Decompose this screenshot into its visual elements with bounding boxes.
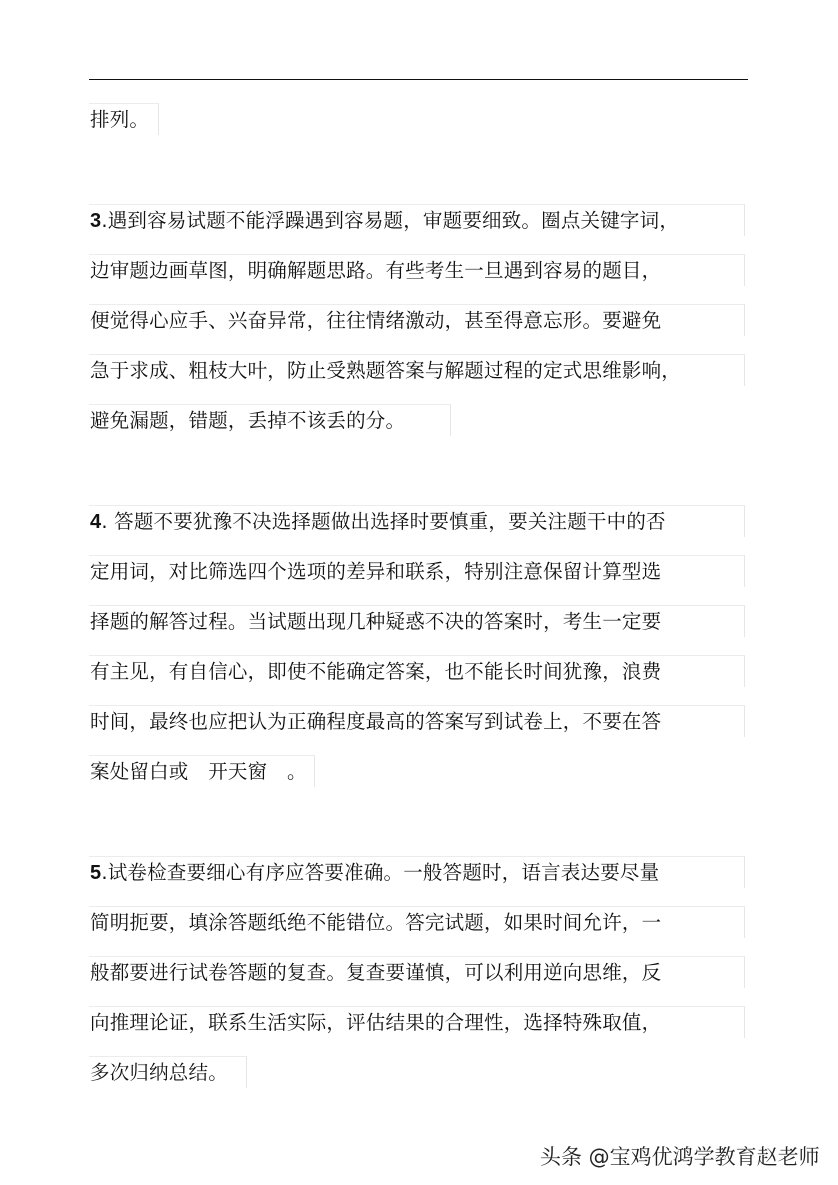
text-line: 多次归纳总结。 [89,1056,247,1088]
line-text: 避免漏题，错题，丢掉不该丢的分。 [90,409,405,432]
line-text: 边审题边画草图，明确解题思路。有些考生一旦遇到容易的题目， [90,259,661,282]
section-number: 5 [90,862,101,884]
text-line: 般都要进行试卷答题的复查。复查要谨慎，可以利用逆向思维，反 [89,956,745,988]
line-text: . 答题不要犹豫不决选择题做出选择时要慎重，要关注题干中的否 [101,510,665,533]
line-text: .遇到容易试题不能浮躁遇到容易题，审题要细致。圈点关键字词， [101,209,679,232]
text-line: 定用词，对比筛选四个选项的差异和联系，特别注意保留计算型选 [89,555,745,587]
text-line: 案处留白或 开天窗 。 [89,755,315,787]
text-line: 避免漏题，错题，丢掉不该丢的分。 [89,404,451,436]
line-text: 有主见，有自信心，即使不能确定答案，也不能长时间犹豫，浪费 [90,660,661,683]
text-line: 3.遇到容易试题不能浮躁遇到容易题，审题要细致。圈点关键字词， [89,204,745,236]
line-text: 急于求成、粗枝大叶，防止受熟题答案与解题过程的定式思维影响， [90,359,681,382]
line-text: .试卷检查要细心有序应答要准确。一般答题时，语言表达要尽量 [101,861,659,884]
text-line: 5.试卷检查要细心有序应答要准确。一般答题时，语言表达要尽量 [89,856,745,888]
watermark: 头条 @宝鸡优鸿学教育赵老师 [540,1141,820,1171]
line-text: 案处留白或 开天窗 。 [90,760,307,783]
text-line: 向推理论证，联系生活实际，评估结果的合理性，选择特殊取值， [89,1006,745,1038]
section-number: 3 [90,210,101,232]
line-text: 般都要进行试卷答题的复查。复查要谨慎，可以利用逆向思维，反 [90,961,661,984]
text-line: 排列。 [89,103,159,135]
text-line: 便觉得心应手、兴奋异常，往往情绪激动，甚至得意忘形。要避免 [89,304,745,336]
text-line: 急于求成、粗枝大叶，防止受熟题答案与解题过程的定式思维影响， [89,354,745,386]
section-number: 4 [90,511,101,533]
line-text: 排列。 [90,108,149,131]
text-line: 择题的解答过程。当试题出现几种疑惑不决的答案时，考生一定要 [89,605,745,637]
text-line: 时间，最终也应把认为正确程度最高的答案写到试卷上，不要在答 [89,705,745,737]
text-line: 有主见，有自信心，即使不能确定答案，也不能长时间犹豫，浪费 [89,655,745,687]
line-text: 多次归纳总结。 [90,1061,228,1084]
line-text: 便觉得心应手、兴奋异常，往往情绪激动，甚至得意忘形。要避免 [90,309,661,332]
line-text: 定用词，对比筛选四个选项的差异和联系，特别注意保留计算型选 [90,560,661,583]
header-rule [89,79,748,80]
text-line: 4. 答题不要犹豫不决选择题做出选择时要慎重，要关注题干中的否 [89,505,745,537]
line-text: 择题的解答过程。当试题出现几种疑惑不决的答案时，考生一定要 [90,610,661,633]
line-text: 简明扼要，填涂答题纸绝不能错位。答完试题，如果时间允许，一 [90,911,661,934]
text-line: 边审题边画草图，明确解题思路。有些考生一旦遇到容易的题目， [89,254,745,286]
line-text: 向推理论证，联系生活实际，评估结果的合理性，选择特殊取值， [90,1011,661,1034]
line-text: 时间，最终也应把认为正确程度最高的答案写到试卷上，不要在答 [90,710,661,733]
document-page: 排列。 3.遇到容易试题不能浮躁遇到容易题，审题要细致。圈点关键字词， 边审题边… [0,0,838,1185]
text-line: 简明扼要，填涂答题纸绝不能错位。答完试题，如果时间允许，一 [89,906,745,938]
